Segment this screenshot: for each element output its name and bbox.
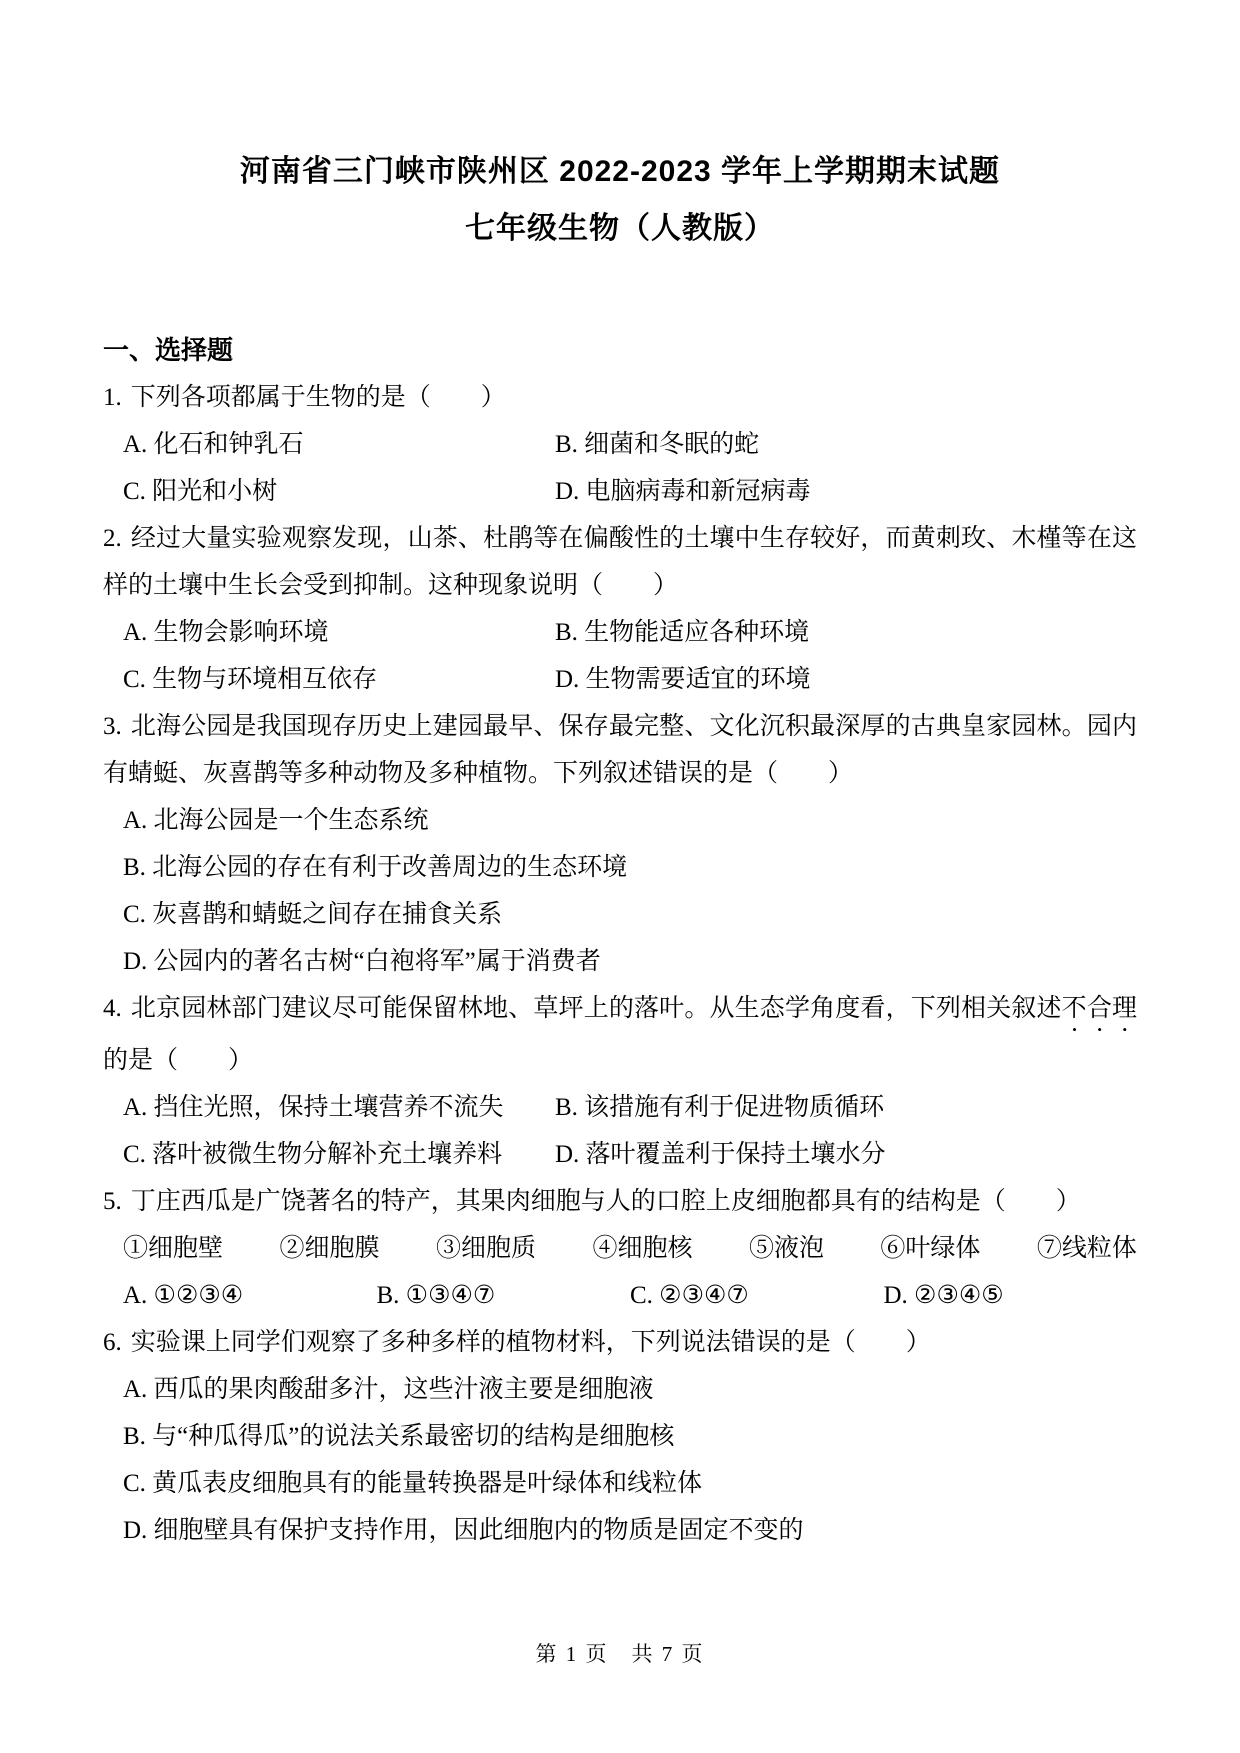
question-6-option-c: C. 黄瓜表皮细胞具有的能量转换器是叶绿体和线粒体	[123, 1460, 1137, 1507]
question-2: 2.经过大量实验观察发现，山茶、杜鹃等在偏酸性的土壤中生存较好，而黄刺玫、木槿等…	[103, 515, 1137, 703]
question-2-option-c: C. 生物与环境相互依存	[123, 656, 555, 703]
question-5-item-3: ③细胞质	[436, 1225, 536, 1272]
question-5-numbered-items: ①细胞壁 ②细胞膜 ③细胞质 ④细胞核 ⑤液泡 ⑥叶绿体 ⑦线粒体	[103, 1225, 1137, 1272]
question-5-item-7: ⑦线粒体	[1037, 1225, 1137, 1272]
question-5-option-c: C. ②③④⑦	[630, 1272, 884, 1319]
question-5-options: A. ①②③④ B. ①③④⑦ C. ②③④⑦ D. ②③④⑤	[103, 1272, 1137, 1319]
question-4-number: 4.	[103, 995, 122, 1022]
question-2-number: 2.	[103, 525, 122, 552]
exam-title-line2: 七年级生物（人教版）	[0, 200, 1240, 257]
question-5-option-b: B. ①③④⑦	[377, 1272, 631, 1319]
question-3-stem: 3.北海公园是我国现存历史上建园最早、保存最完整、文化沉积最深厚的古典皇家园林。…	[103, 703, 1137, 797]
exam-body: 一、选择题 1.下列各项都属于生物的是（ ） A. 化石和钟乳石 B. 细菌和冬…	[103, 257, 1137, 1554]
question-6-stem-text: 实验课上同学们观察了多种多样的植物材料，下列说法错误的是（ ）	[131, 1329, 931, 1356]
question-3-option-b: B. 北海公园的存在有利于改善周边的生态环境	[123, 844, 1137, 891]
question-5-item-4: ④细胞核	[592, 1225, 692, 1272]
question-4-option-b: B. 该措施有利于促进物质循环	[555, 1084, 1137, 1131]
question-4-stem-text-post: 的是（ ）	[103, 1047, 253, 1074]
question-5-item-1: ①细胞壁	[123, 1225, 223, 1272]
question-5-stem: 5.丁庄西瓜是广饶著名的特产，其果肉细胞与人的口腔上皮细胞都具有的结构是（ ）	[103, 1178, 1137, 1225]
question-2-stem: 2.经过大量实验观察发现，山茶、杜鹃等在偏酸性的土壤中生存较好，而黄刺玫、木槿等…	[103, 515, 1137, 609]
question-4-stem-emphasized-text: 不合理	[1062, 995, 1137, 1022]
question-3: 3.北海公园是我国现存历史上建园最早、保存最完整、文化沉积最深厚的古典皇家园林。…	[103, 703, 1137, 985]
question-1-option-d: D. 电脑病毒和新冠病毒	[555, 468, 1137, 515]
question-1-option-b: B. 细菌和冬眠的蛇	[555, 421, 1137, 468]
page-number-indicator: 第 1 页 共 7 页	[0, 1638, 1240, 1668]
question-1-option-a: A. 化石和钟乳石	[123, 421, 555, 468]
question-6-option-a: A. 西瓜的果肉酸甜多汁，这些汁液主要是细胞液	[123, 1366, 1137, 1413]
question-1-options: A. 化石和钟乳石 B. 细菌和冬眠的蛇 C. 阳光和小树 D. 电脑病毒和新冠…	[103, 421, 1137, 515]
exam-title-block: 河南省三门峡市陕州区 2022-2023 学年上学期期末试题 七年级生物（人教版…	[0, 0, 1240, 257]
question-5-option-d: D. ②③④⑤	[884, 1272, 1138, 1319]
question-4-stem: 4.北京园林部门建议尽可能保留林地、草坪上的落叶。从生态学角度看，下列相关叙述不…	[103, 985, 1137, 1084]
question-5-item-6: ⑥叶绿体	[880, 1225, 980, 1272]
question-1-number: 1.	[103, 384, 122, 411]
question-4-option-d: D. 落叶覆盖利于保持土壤水分	[555, 1131, 1137, 1178]
question-3-option-a: A. 北海公园是一个生态系统	[123, 797, 1137, 844]
question-3-options: A. 北海公园是一个生态系统 B. 北海公园的存在有利于改善周边的生态环境 C.…	[103, 797, 1137, 985]
question-1-option-c: C. 阳光和小树	[123, 468, 555, 515]
question-5-item-2: ②细胞膜	[279, 1225, 379, 1272]
question-1-stem: 1.下列各项都属于生物的是（ ）	[103, 374, 1137, 421]
question-4-option-a: A. 挡住光照，保持土壤营养不流失	[123, 1084, 555, 1131]
question-4-stem-text-pre: 北京园林部门建议尽可能保留林地、草坪上的落叶。从生态学角度看，下列相关叙述	[131, 995, 1062, 1022]
question-1-stem-text: 下列各项都属于生物的是（ ）	[131, 384, 506, 411]
exam-title-line1: 河南省三门峡市陕州区 2022-2023 学年上学期期末试题	[0, 143, 1240, 200]
question-5-item-5: ⑤液泡	[749, 1225, 824, 1272]
question-4-options: A. 挡住光照，保持土壤营养不流失 B. 该措施有利于促进物质循环 C. 落叶被…	[103, 1084, 1137, 1178]
section-heading-choice-questions: 一、选择题	[103, 327, 1137, 374]
question-5-number: 5.	[103, 1188, 122, 1215]
question-2-options: A. 生物会影响环境 B. 生物能适应各种环境 C. 生物与环境相互依存 D. …	[103, 609, 1137, 703]
question-2-option-d: D. 生物需要适宜的环境	[555, 656, 1137, 703]
question-5-option-a: A. ①②③④	[123, 1272, 377, 1319]
exam-document-page: 河南省三门峡市陕州区 2022-2023 学年上学期期末试题 七年级生物（人教版…	[0, 0, 1240, 1753]
question-6-options: A. 西瓜的果肉酸甜多汁，这些汁液主要是细胞液 B. 与“种瓜得瓜”的说法关系最…	[103, 1366, 1137, 1554]
question-3-stem-text: 北海公园是我国现存历史上建园最早、保存最完整、文化沉积最深厚的古典皇家园林。园内…	[103, 713, 1137, 787]
question-2-option-b: B. 生物能适应各种环境	[555, 609, 1137, 656]
question-6-stem: 6.实验课上同学们观察了多种多样的植物材料，下列说法错误的是（ ）	[103, 1319, 1137, 1366]
question-6-number: 6.	[103, 1329, 122, 1356]
question-5: 5.丁庄西瓜是广饶著名的特产，其果肉细胞与人的口腔上皮细胞都具有的结构是（ ） …	[103, 1178, 1137, 1319]
question-3-number: 3.	[103, 713, 122, 740]
question-2-stem-text: 经过大量实验观察发现，山茶、杜鹃等在偏酸性的土壤中生存较好，而黄刺玫、木槿等在这…	[103, 525, 1137, 599]
question-1: 1.下列各项都属于生物的是（ ） A. 化石和钟乳石 B. 细菌和冬眠的蛇 C.…	[103, 374, 1137, 515]
question-6-option-d: D. 细胞壁具有保护支持作用，因此细胞内的物质是固定不变的	[123, 1507, 1137, 1554]
question-3-option-c: C. 灰喜鹊和蜻蜓之间存在捕食关系	[123, 891, 1137, 938]
question-5-stem-text: 丁庄西瓜是广饶著名的特产，其果肉细胞与人的口腔上皮细胞都具有的结构是（ ）	[131, 1188, 1081, 1215]
question-4: 4.北京园林部门建议尽可能保留林地、草坪上的落叶。从生态学角度看，下列相关叙述不…	[103, 985, 1137, 1178]
question-6-option-b: B. 与“种瓜得瓜”的说法关系最密切的结构是细胞核	[123, 1413, 1137, 1460]
question-3-option-d: D. 公园内的著名古树“白袍将军”属于消费者	[123, 938, 1137, 985]
question-2-option-a: A. 生物会影响环境	[123, 609, 555, 656]
question-4-option-c: C. 落叶被微生物分解补充土壤养料	[123, 1131, 555, 1178]
question-6: 6.实验课上同学们观察了多种多样的植物材料，下列说法错误的是（ ） A. 西瓜的…	[103, 1319, 1137, 1554]
